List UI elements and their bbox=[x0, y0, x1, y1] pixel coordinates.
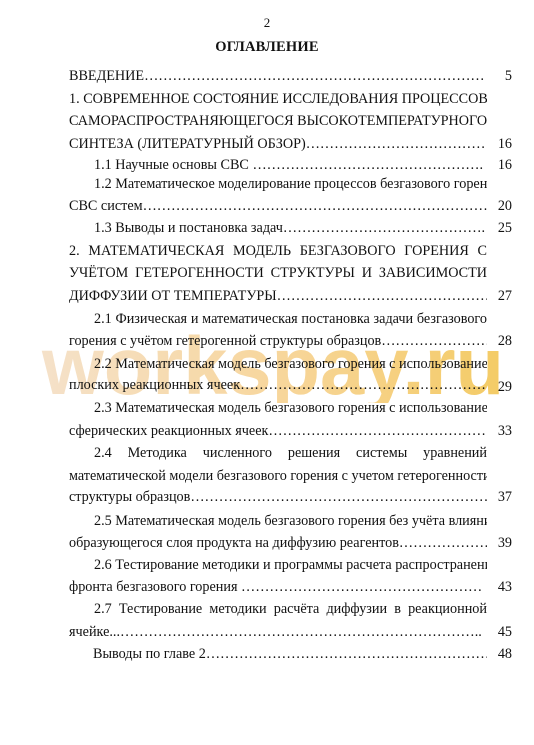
toc-entry-chapter-1-line-2[interactable]: САМОРАСПРОСТРАНЯЮЩЕГОСЯ ВЫСОКОТЕМПЕРАТУР… bbox=[69, 111, 487, 131]
toc-entry-2-7-line-1[interactable]: 2.7 Тестирование методики расчёта диффуз… bbox=[94, 599, 487, 619]
toc-entry-chapter-1-line-3[interactable]: СИНТЕЗА (ЛИТЕРАТУРНЫЙ ОБЗОР)………………………………… bbox=[69, 134, 487, 154]
toc-entry-chapter-2-line-3[interactable]: ДИФФУЗИИ ОТ ТЕМПЕРАТУРЫ……………………………………….. bbox=[69, 286, 487, 306]
toc-entry-introduction[interactable]: ВВЕДЕНИЕ……………………………………………………………… bbox=[69, 66, 487, 86]
toc-entry-1-1[interactable]: 1.1 Научные основы СВС …………………………………………. bbox=[94, 155, 487, 175]
toc-page-2-3: 33 bbox=[482, 421, 512, 441]
toc-page-2-4: 37 bbox=[482, 487, 512, 507]
toc-entry-2-4-line-1[interactable]: 2.4 Методика численного решения системы … bbox=[94, 443, 487, 463]
toc-page-2-2: 29 bbox=[482, 377, 512, 397]
toc-page-1-1: 16 bbox=[482, 155, 512, 175]
toc-entry-2-7-line-2[interactable]: ячейке...………………………………………………………………….. bbox=[69, 622, 487, 642]
toc-entry-2-6-line-2[interactable]: фронта безгазового горения …………………………………… bbox=[69, 577, 487, 597]
toc-entry-1-2-line-2[interactable]: СВС систем………………………………………………………………….. bbox=[69, 196, 487, 216]
toc-page-1-2: 20 bbox=[482, 196, 512, 216]
toc-page-chapter-2-conclusions: 48 bbox=[482, 644, 512, 664]
toc-title: ОГЛАВЛЕНИЕ bbox=[0, 39, 534, 56]
toc-page-introduction: 5 bbox=[482, 66, 512, 86]
toc-page-chapter-2: 27 bbox=[482, 286, 512, 306]
toc-page-2-1: 28 bbox=[482, 331, 512, 351]
toc-page-2-5: 39 bbox=[482, 533, 512, 553]
toc-page-1-3: 25 bbox=[482, 218, 512, 238]
toc-entry-1-3[interactable]: 1.3 Выводы и постановка задач……………………………… bbox=[94, 218, 487, 238]
toc-entry-chapter-2-conclusions[interactable]: Выводы по главе 2……………………………………………………… bbox=[93, 644, 487, 664]
toc-entry-2-1-line-2[interactable]: горения с учётом гетерогенной структуры … bbox=[69, 331, 487, 351]
toc-entry-chapter-2-line-1[interactable]: 2. МАТЕМАТИЧЕСКАЯ МОДЕЛЬ БЕЗГАЗОВОГО ГОР… bbox=[69, 241, 487, 261]
toc-entry-2-2-line-1[interactable]: 2.2 Математическая модель безгазового го… bbox=[94, 354, 487, 374]
toc-page-2-7: 45 bbox=[482, 622, 512, 642]
toc-entry-2-4-line-2[interactable]: математической модели безгазового горени… bbox=[69, 466, 487, 486]
document-page: 2 ОГЛАВЛЕНИЕ workspay.ru ВВЕДЕНИЕ…………………… bbox=[0, 0, 534, 745]
toc-entry-chapter-2-line-2[interactable]: УЧЁТОМ ГЕТЕРОГЕННОСТИ СТРУКТУРЫ И ЗАВИСИ… bbox=[69, 263, 487, 283]
toc-entry-2-1-line-1[interactable]: 2.1 Физическая и математическая постанов… bbox=[94, 309, 487, 329]
toc-page-2-6: 43 bbox=[482, 577, 512, 597]
toc-entry-2-3-line-2[interactable]: сферических реакционных ячеек……………………………… bbox=[69, 421, 487, 441]
toc-entry-2-2-line-2[interactable]: плоских реакционных ячеек………………………………………… bbox=[69, 375, 487, 395]
toc-entry-2-5-line-2[interactable]: образующегося слоя продукта на диффузию … bbox=[69, 533, 487, 553]
toc-page-chapter-1: 16 bbox=[482, 134, 512, 154]
toc-entry-1-2-line-1[interactable]: 1.2 Математическое моделирование процесс… bbox=[94, 174, 487, 194]
page-number: 2 bbox=[0, 15, 534, 31]
toc-entry-2-5-line-1[interactable]: 2.5 Математическая модель безгазового го… bbox=[94, 511, 487, 531]
toc-entry-2-6-line-1[interactable]: 2.6 Тестирование методики и программы ра… bbox=[94, 555, 487, 575]
toc-entry-2-4-line-3[interactable]: структуры образцов……………………………………………………… bbox=[69, 487, 487, 507]
toc-entry-2-3-line-1[interactable]: 2.3 Математическая модель безгазового го… bbox=[94, 398, 487, 418]
toc-entry-chapter-1-line-1[interactable]: 1. СОВРЕМЕННОЕ СОСТОЯНИЕ ИССЛЕДОВАНИЯ ПР… bbox=[69, 89, 487, 109]
